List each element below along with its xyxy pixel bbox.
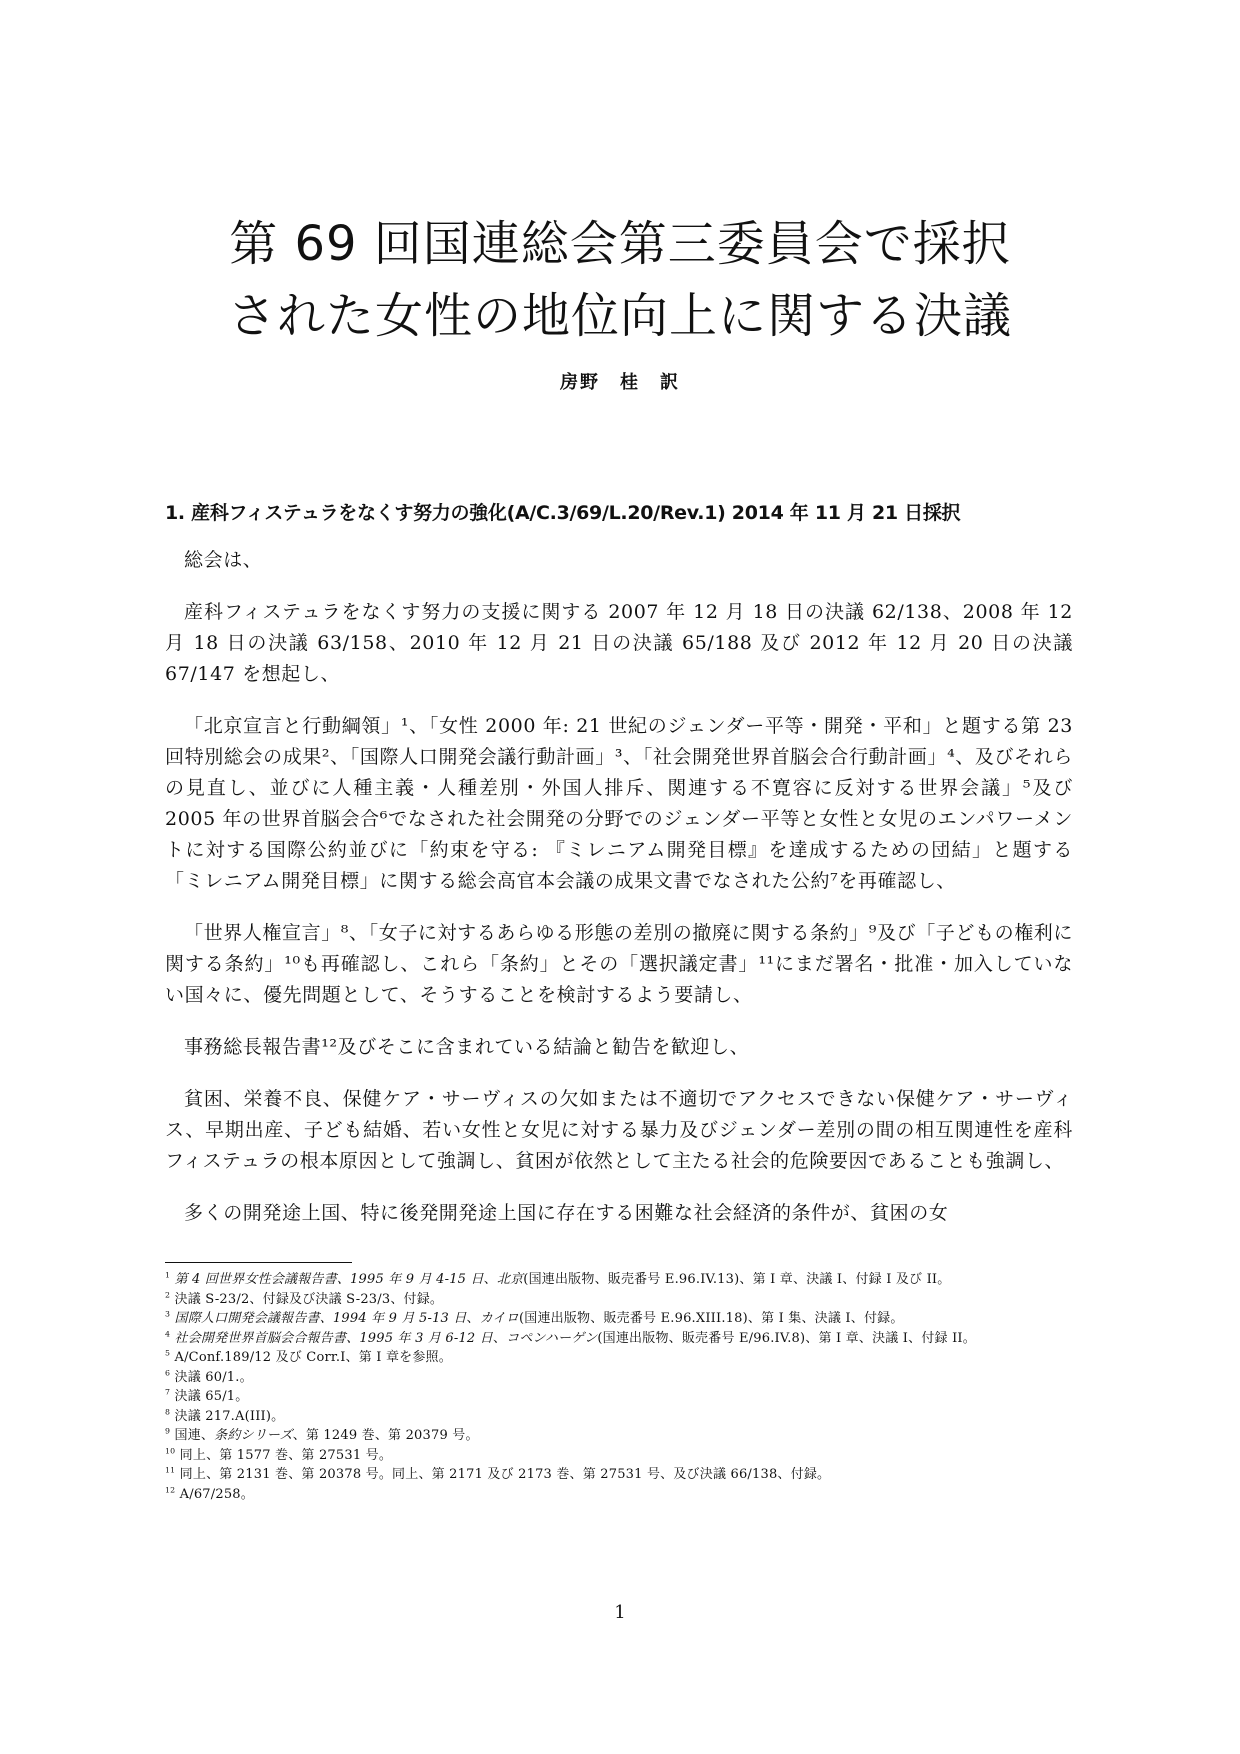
section-heading: 1. 産科フィステュラをなくす努力の強化(A/C.3/69/L.20/Rev.1…	[165, 498, 960, 525]
page-number: 1	[0, 1602, 1240, 1623]
footnote-4: 4 社会開発世界首脳会合報告書、1995 年 3 月 6-12 日、コペンハーゲ…	[165, 1329, 1070, 1349]
paragraph: 貧困、栄養不良、保健ケア・サーヴィスの欠如または不適切でアクセスできない保健ケア…	[165, 1084, 1073, 1177]
paragraph: 「世界人権宣言」⁸、「女子に対するあらゆる形態の差別の撤廃に関する条約」⁹及び「…	[165, 918, 1073, 1011]
footnote-11: 11 同上、第 2131 巻、第 20378 号。同上、第 2171 及び 21…	[165, 1465, 1070, 1485]
paragraph: 多くの開発途上国、特に後発開発途上国に存在する困難な社会経済的条件が、貧困の女	[165, 1198, 1073, 1229]
footnote-10: 10 同上、第 1577 巻、第 27531 号。	[165, 1446, 1070, 1466]
footnote-12: 12 A/67/258。	[165, 1485, 1070, 1505]
paragraph: 産科フィステュラをなくす努力の支援に関する 2007 年 12 月 18 日の決…	[165, 597, 1073, 690]
footnote-8: 8 決議 217.A(III)。	[165, 1407, 1070, 1427]
footnote-divider	[165, 1262, 352, 1263]
paragraph: 総会は、	[165, 545, 1073, 576]
paragraph: 事務総長報告書¹²及びそこに含まれている結論と勧告を歓迎し、	[165, 1032, 1073, 1063]
footnote-3: 3 国際人口開発会議報告書、1994 年 9 月 5-13 日、カイロ(国連出版…	[165, 1309, 1070, 1329]
document-page: 第 69 回国連総会第三委員会で採択 された女性の地位向上に関する決議 房野 桂…	[0, 0, 1240, 1754]
footnote-5: 5 A/Conf.189/12 及び Corr.I、第 I 章を参照。	[165, 1348, 1070, 1368]
footnotes: 1 第 4 回世界女性会議報告書、1995 年 9 月 4-15 日、北京(国連…	[165, 1270, 1070, 1504]
footnote-1: 1 第 4 回世界女性会議報告書、1995 年 9 月 4-15 日、北京(国連…	[165, 1270, 1070, 1290]
document-title: 第 69 回国連総会第三委員会で採択 された女性の地位向上に関する決議	[150, 208, 1090, 352]
footnote-6: 6 決議 60/1.。	[165, 1368, 1070, 1388]
title-line-2: された女性の地位向上に関する決議	[150, 280, 1090, 352]
title-line-1: 第 69 回国連総会第三委員会で採択	[150, 208, 1090, 280]
footnote-7: 7 決議 65/1。	[165, 1387, 1070, 1407]
section-body: 総会は、 産科フィステュラをなくす努力の支援に関する 2007 年 12 月 1…	[165, 545, 1073, 1250]
translator-credit: 房野 桂 訳	[150, 368, 1090, 394]
footnote-2: 2 決議 S-23/2、付録及び決議 S-23/3、付録。	[165, 1290, 1070, 1310]
footnote-9: 9 国連、条約シリーズ、第 1249 巻、第 20379 号。	[165, 1426, 1070, 1446]
paragraph: 「北京宣言と行動綱領」¹、「女性 2000 年: 21 世紀のジェンダー平等・開…	[165, 711, 1073, 897]
